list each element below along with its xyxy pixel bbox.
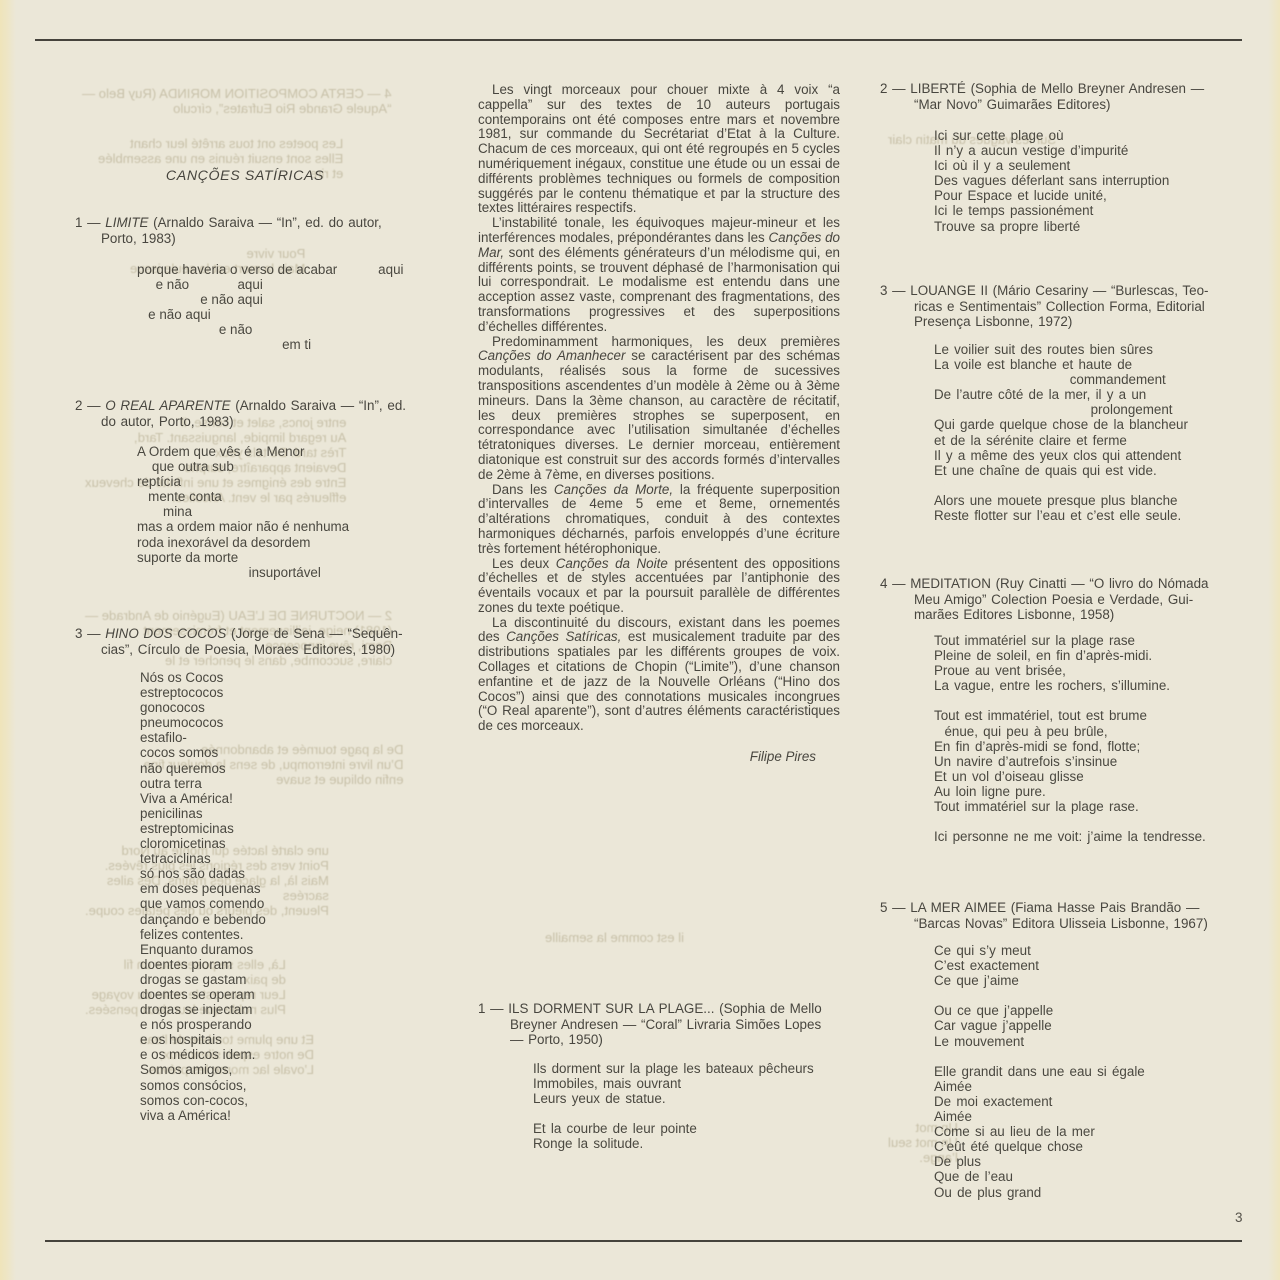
right-item-3-poem: Le voilier suit des routes bien sûres La… [934,342,1188,523]
essay-paragraph: Les deux Canções da Noite présentent des… [478,557,840,616]
essay-paragraph: La discontinuité du discours, existant d… [478,616,840,734]
middle-item-1-header: 1 — ILS DORMENT SUR LA PLAGE... (Sophia … [478,1001,892,1048]
essay-text: Les vingt morceaux pour chouer mixte à 4… [478,83,840,765]
essay-signature: Filipe Pires [478,750,840,765]
right-item-5-poem: Ce qui s’y meut C’est exactement Ce que … [934,943,1145,1200]
bleedthrough-text: il est comme la semaille [545,930,684,945]
essay-paragraph: Dans les Canções da Morte, la fréquente … [478,483,840,557]
left-item-3-header: 3 — HINO DOS COCOS (Jorge de Sena — “Seq… [75,626,493,657]
right-item-4-header: 4 — MEDITATION (Ruy Cinatti — “O livro d… [880,576,1280,623]
top-rule [35,39,1242,41]
page-number: 3 [1235,1210,1243,1225]
left-item-1-header: 1 — LIMITE (Arnaldo Saraiva — “In”, ed. … [75,215,493,246]
essay-paragraph: L’instabilité tonale, les équivoques maj… [478,216,840,334]
liner-notes-page: 4 — CERTA COMPOSITION MORINDA (Ruy Belo … [0,0,1280,1280]
page-edge-left [0,0,16,1280]
left-item-2-poem: A Ordem que vês é a Menor que outra sub … [137,444,349,580]
bleedthrough-text: 4 — CERTA COMPOSITION MORINDA (Ruy Belo … [82,86,391,116]
left-item-1-poem: porque haveria o verso de acabar aqui e … [137,262,404,353]
left-item-3-poem: Nós os Cocos estreptococos gonococos pne… [140,670,266,1123]
page-edge-right [1268,0,1280,1280]
right-item-5-header: 5 — LA MER AIMEE (Fiama Hasse Pais Brand… [880,900,1280,931]
left-item-2-header: 2 — O REAL APARENTE (Arnaldo Saraiva — “… [75,398,493,429]
middle-item-1-poem: Ils dorment sur la plage les bateaux pêc… [533,1061,814,1152]
right-item-2-poem: Ici sur cette plage où Il n’y a aucun ve… [934,128,1169,234]
right-item-4-poem: Tout immatériel sur la plage rase Pleine… [934,633,1206,844]
right-item-3-header: 3 — LOUANGE II (Mário Cesariny — “Burles… [880,283,1280,330]
section-heading-cancoes-satiricas: CANÇÕES SATÍRICAS [75,168,415,184]
essay-paragraph: Les vingt morceaux pour chouer mixte à 4… [478,83,840,216]
bottom-rule [45,1240,1242,1242]
right-item-2-header: 2 — LIBERTÉ (Sophia de Mello Breyner And… [880,81,1280,112]
essay-paragraphs: Les vingt morceaux pour chouer mixte à 4… [478,83,840,734]
essay-paragraph: Predominamment harmoniques, les deux pre… [478,335,840,483]
